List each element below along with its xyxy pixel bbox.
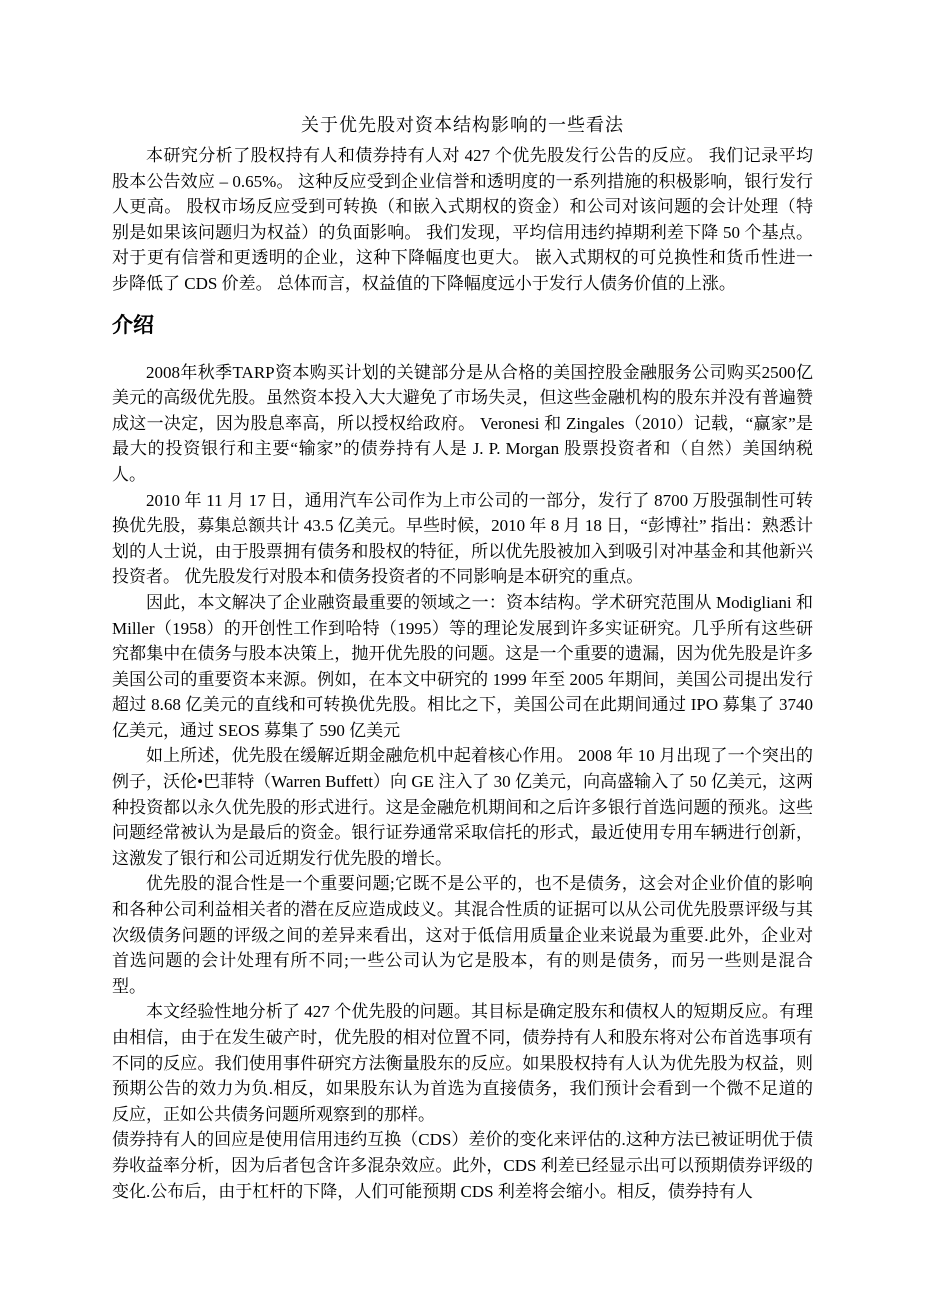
abstract-paragraph: 本研究分析了股权持有人和债券持有人对 427 个优先股发行公告的反应。 我们记录… — [112, 143, 813, 297]
paragraph-hybridity: 优先股的混合性是一个重要问题;它既不是公平的，也不是债务，这会对企业价值的影响和… — [112, 871, 813, 999]
paragraph-tarp: 2008年秋季TARP资本购买计划的关键部分是从合格的美国控股金融服务公司购买2… — [112, 360, 813, 488]
paragraph-empirical-analysis: 本文经验性地分析了 427 个优先股的问题。其目标是确定股东和债权人的短期反应。… — [112, 999, 813, 1127]
paragraph-bondholder-response: 债券持有人的回应是使用信用违约互换（CDS）差价的变化来评估的.这种方法已被证明… — [112, 1127, 813, 1204]
document-title: 关于优先股对资本结构影响的一些看法 — [112, 112, 813, 138]
paragraph-financial-crisis: 如上所述，优先股在缓解近期金融危机中起着核心作用。 2008 年 10 月出现了… — [112, 743, 813, 871]
paragraph-gm-issue: 2010 年 11 月 17 日，通用汽车公司作为上市公司的一部分，发行了 87… — [112, 488, 813, 590]
section-heading-introduction: 介绍 — [112, 311, 813, 341]
paragraph-capital-structure: 因此，本文解决了企业融资最重要的领域之一：资本结构。学术研究范围从 Modigl… — [112, 590, 813, 744]
document-page: 关于优先股对资本结构影响的一些看法 本研究分析了股权持有人和债券持有人对 427… — [0, 0, 926, 1309]
